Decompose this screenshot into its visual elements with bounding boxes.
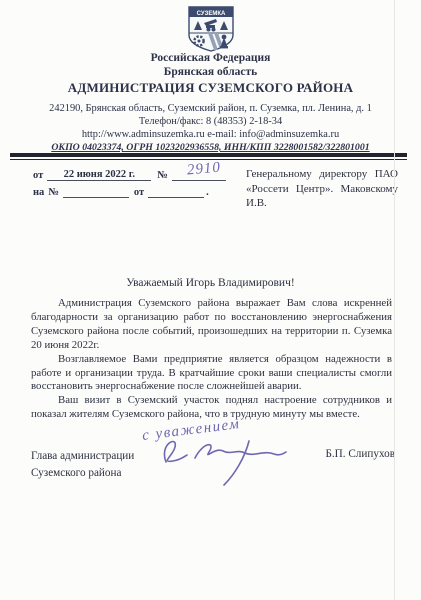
outgoing-number-line: 2910 — [172, 167, 226, 181]
handwritten-outgoing-number: 2910 — [173, 158, 234, 180]
incoming-number-sign: № — [48, 187, 59, 198]
letterhead-region: Брянская область — [0, 66, 421, 78]
suzemka-shield-icon: СУЗЕМКА — [187, 6, 235, 52]
signer-position: Глава администрации Суземского района — [31, 448, 134, 481]
signer-name: Б.П. Слипухов — [325, 448, 395, 460]
letter-body: Администрация Суземского района выражает… — [31, 297, 392, 422]
outgoing-date-value: 22 июня 2022 г. — [47, 169, 151, 181]
paragraph-gratitude: Администрация Суземского района выражает… — [31, 297, 392, 353]
letterhead-country: Российская Федерация — [0, 52, 421, 64]
salutation: Уважаемый Игорь Владимирович! — [0, 277, 421, 289]
letterhead-divider-thick — [10, 153, 407, 157]
signer-position-line2: Суземского района — [31, 465, 134, 482]
paragraph-visit: Ваш визит в Суземский участок поднял нас… — [31, 394, 392, 422]
incoming-from-label: от — [134, 187, 144, 198]
incoming-period: . — [206, 187, 209, 198]
letterhead-web-email: http://www.adminsuzemka.ru e-mail: info@… — [0, 129, 421, 140]
incoming-reference-row: на № от . — [33, 185, 238, 198]
letterhead-address: 242190, Брянская область, Суземский райо… — [0, 103, 421, 114]
scan-edge-artifact — [394, 0, 395, 600]
letterhead-codes-text: ОКПО 04023374, ОГРН 1023202936558, ИНН/К… — [51, 142, 369, 153]
signer-position-line1: Глава администрации — [31, 448, 134, 465]
coat-of-arms-icon: СУЗЕМКА — [187, 6, 235, 52]
letterhead-phone: Телефон/факс: 8 (48353) 2-18-34 — [0, 116, 421, 127]
incoming-number-blank — [63, 185, 129, 198]
outgoing-reference-row: от 22 июня 2022 г. № 2910 — [33, 167, 238, 181]
incoming-date-blank — [148, 185, 204, 198]
signature-scribble — [150, 428, 300, 493]
outgoing-from-label: от — [33, 170, 43, 181]
paragraph-enterprise: Возглавляемое Вами предприятие является … — [31, 353, 392, 395]
incoming-on-label: на — [33, 187, 44, 198]
reference-block: от 22 июня 2022 г. № 2910 на № от . — [33, 167, 238, 202]
emblem-banner-text: СУЗЕМКА — [197, 11, 226, 17]
outgoing-number-sign: № — [157, 170, 168, 181]
addressee-block: Генеральному директору ПАО «Россети Цент… — [246, 167, 398, 211]
letterhead-organization: АДМИНИСТРАЦИЯ СУЗЕМСКОГО РАЙОНА — [0, 80, 421, 96]
scanned-letter-page: СУЗЕМКА Росси — [0, 0, 421, 600]
letterhead-codes: ОКПО 04023374, ОГРН 1023202936558, ИНН/К… — [0, 142, 421, 153]
